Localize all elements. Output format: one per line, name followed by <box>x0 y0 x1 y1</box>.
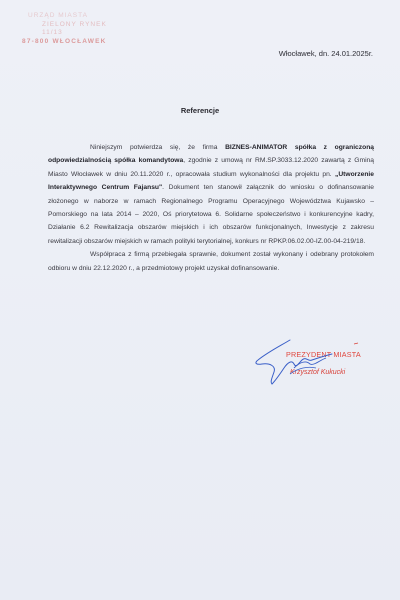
handwritten-signature-icon <box>250 338 370 398</box>
document-body: Niniejszym potwierdza się, że firma BIZN… <box>48 141 374 275</box>
p1-text-2: . Dokument ten stanowił załącznik do wni… <box>48 184 374 245</box>
paragraph-2: Współpraca z firmą przebiegała sprawnie,… <box>48 248 374 275</box>
office-stamp: URZĄD MIASTA ZIELONY RYNEK 11/13 87-800 … <box>22 12 122 46</box>
stamp-line-2: ZIELONY RYNEK 11/13 <box>22 21 122 38</box>
paragraph-1: Niniejszym potwierdza się, że firma BIZN… <box>48 141 374 248</box>
document-title: Referencje <box>0 106 400 115</box>
place-date: Włocławek, dn. 24.01.2025r. <box>279 49 373 58</box>
document-page: URZĄD MIASTA ZIELONY RYNEK 11/13 87-800 … <box>0 0 400 600</box>
p1-intro: Niniejszym potwierdza się, że firma <box>90 144 225 151</box>
signature-block: PREZYDENT MIASTA Krzysztof Kukucki <box>250 338 370 398</box>
stamp-line-3: 87-800 WŁOCŁAWEK <box>22 38 122 47</box>
stamp-line-1: URZĄD MIASTA <box>22 12 122 21</box>
